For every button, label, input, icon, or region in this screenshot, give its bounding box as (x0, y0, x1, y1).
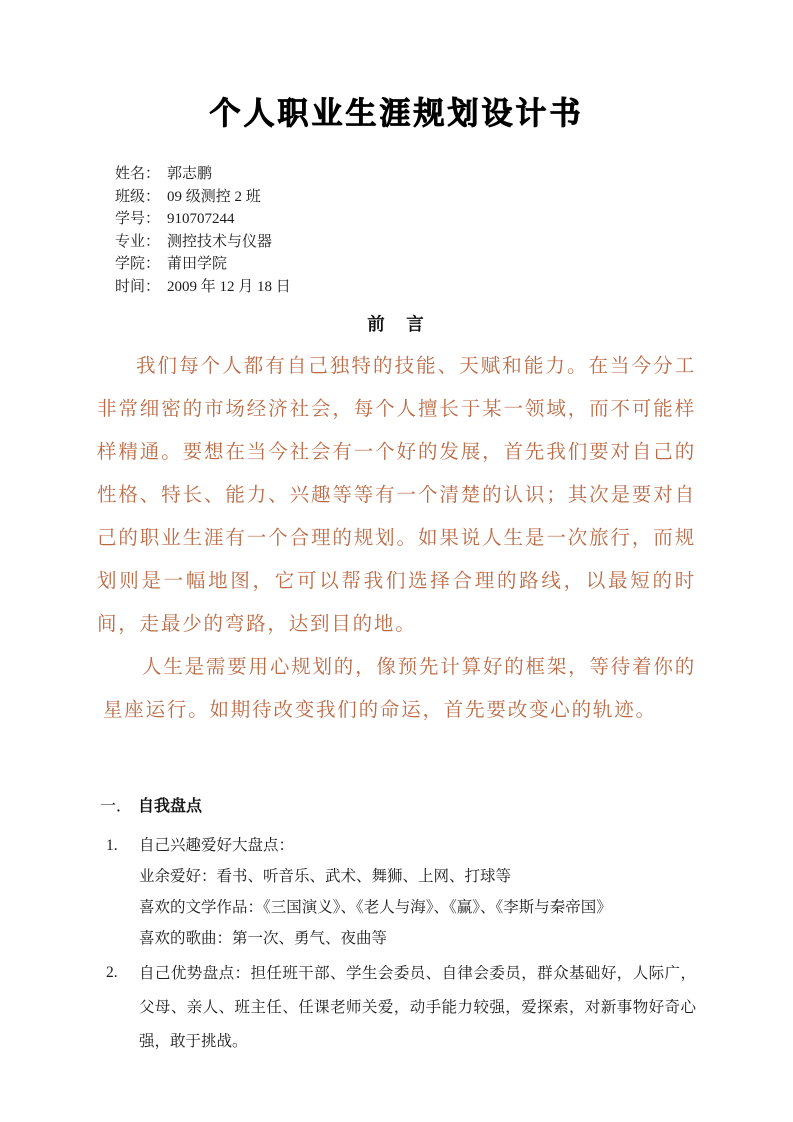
section-heading-self-assessment: 一．自我盘点 (100, 795, 696, 819)
list-item-number: 2. (106, 957, 139, 1059)
list-item-number: 1. (106, 830, 139, 954)
info-value: 2009 年 12 月 18 日 (167, 279, 291, 295)
section-title: 自我盘点 (138, 798, 202, 815)
info-value: 09 级测控 2 班 (167, 189, 261, 205)
info-row-date: 时间：2009 年 12 月 18 日 (115, 276, 696, 299)
info-label: 时间： (115, 279, 160, 295)
section-number: 一． (100, 798, 132, 815)
document-title: 个人职业生涯规划设计书 (97, 88, 696, 133)
list-item-subline-books: 喜欢的文学作品：《三国演义》、《老人与海》、《赢》、《李斯与秦帝国》 (139, 892, 696, 923)
preface-paragraph-1: 我们每个人都有自己独特的技能、天赋和能力。在当今分工非常细密的市场经济社会，每个… (97, 344, 696, 645)
document-page: 个人职业生涯规划设计书 姓名：郭志鹏 班级：09 级测控 2 班 学号：9107… (0, 0, 793, 1122)
info-block: 姓名：郭志鹏 班级：09 级测控 2 班 学号：910707244 专业：测控技… (115, 163, 696, 299)
info-row-student-id: 学号：910707244 (115, 208, 696, 231)
info-label: 班级： (115, 189, 160, 205)
preface-paragraph-2: 人生是需要用心规划的，像预先计算好的框架，等待着你的星座运行。如期待改变我们的命… (97, 645, 696, 731)
info-label: 姓名： (115, 166, 160, 182)
info-label: 专业： (115, 234, 160, 250)
list-item-interests: 1. 自己兴趣爱好大盘点： 业余爱好：看书、听音乐、武术、舞狮、上网、打球等 喜… (106, 830, 696, 954)
list-item-strengths: 2. 自己优势盘点：担任班干部、学生会委员、自律会委员，群众基础好，人际广，父母… (106, 957, 696, 1059)
info-value: 莆田学院 (167, 256, 227, 272)
info-row-class: 班级：09 级测控 2 班 (115, 186, 696, 209)
info-row-major: 专业：测控技术与仪器 (115, 231, 696, 254)
info-value: 测控技术与仪器 (167, 234, 272, 250)
info-value: 910707244 (167, 211, 235, 227)
info-row-name: 姓名：郭志鹏 (115, 163, 696, 186)
info-label: 学号： (115, 211, 160, 227)
info-row-college: 学院：莆田学院 (115, 253, 696, 276)
info-value: 郭志鹏 (167, 166, 212, 182)
preface-heading: 前 言 (97, 311, 696, 336)
list-item-body: 自己兴趣爱好大盘点： 业余爱好：看书、听音乐、武术、舞狮、上网、打球等 喜欢的文… (139, 830, 696, 954)
list-item-lead: 自己兴趣爱好大盘点： (139, 830, 696, 861)
list-item-body: 自己优势盘点：担任班干部、学生会委员、自律会委员，群众基础好，人际广，父母、亲人… (139, 957, 696, 1059)
list-item-subline-hobbies: 业余爱好：看书、听音乐、武术、舞狮、上网、打球等 (139, 861, 696, 892)
info-label: 学院： (115, 256, 160, 272)
list-item-subline-songs: 喜欢的歌曲：第一次、勇气、夜曲等 (139, 923, 696, 954)
